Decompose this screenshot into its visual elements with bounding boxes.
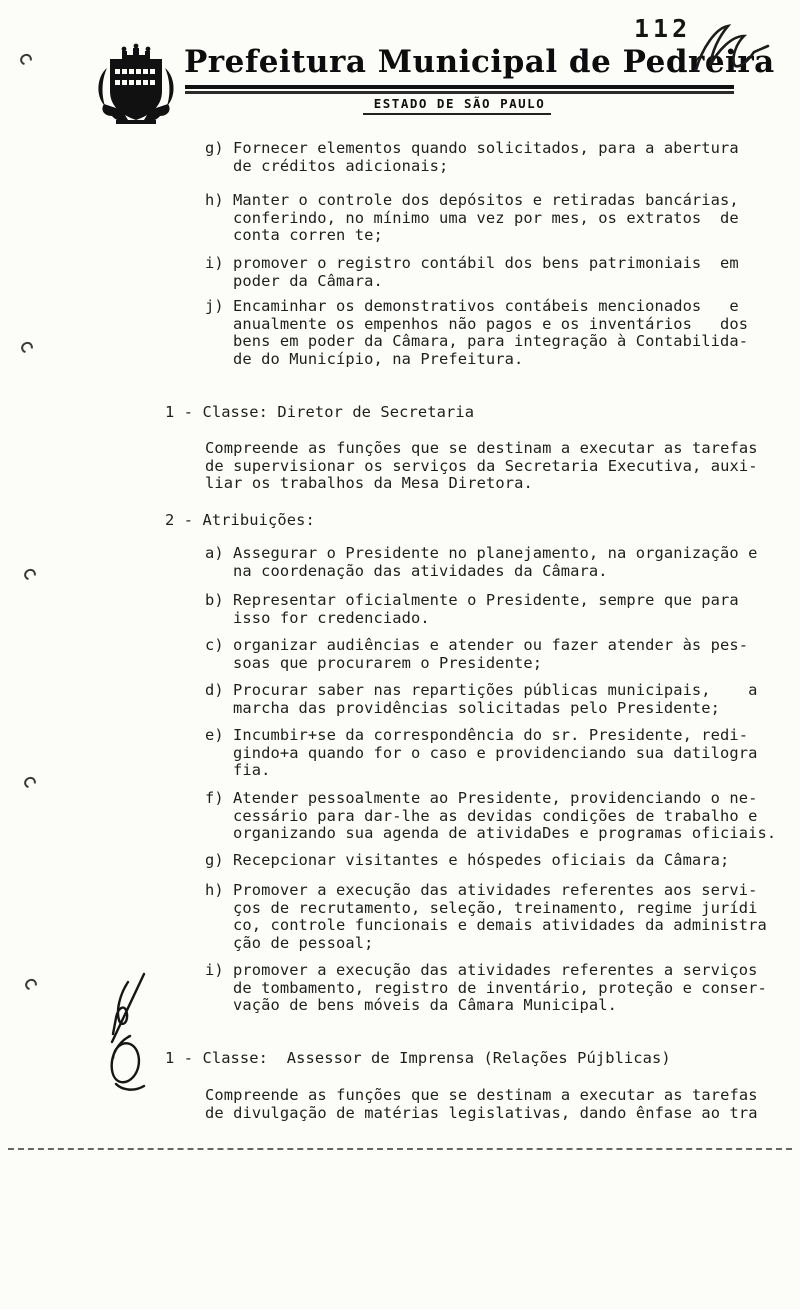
punch-hole-mark xyxy=(19,340,35,356)
handwritten-initials-mark xyxy=(688,18,778,78)
class-description: Compreende as funções que se destinam a … xyxy=(205,440,777,493)
header-rule xyxy=(185,85,734,89)
item-text: promover o registro contábil dos bens pa… xyxy=(233,255,778,290)
stamped-page-number: 112 xyxy=(634,14,691,43)
list-item: e) Incumbir+se da correspondência do sr.… xyxy=(205,727,778,780)
item-text: Promover a execução das atividades refer… xyxy=(233,882,778,952)
item-text: Assegurar o Presidente no planejamento, … xyxy=(233,545,778,580)
item-letter: h) xyxy=(205,192,233,245)
punch-hole-mark xyxy=(23,977,39,993)
header-rule-2 xyxy=(185,91,734,94)
item-letter: d) xyxy=(205,682,233,717)
scanned-page: Prefeitura Municipal de Pedreira ESTADO … xyxy=(0,0,800,1309)
list-item: a) Assegurar o Presidente no planejament… xyxy=(205,545,778,580)
header-subtitle: ESTADO DE SÃO PAULO xyxy=(185,96,734,111)
item-letter: b) xyxy=(205,592,233,627)
punch-hole-mark xyxy=(18,52,34,68)
list-item: h) Manter o controle dos depósitos e ret… xyxy=(205,192,778,245)
handwritten-scribble-mark xyxy=(92,972,167,1097)
list-item: f) Atender pessoalmente ao Presidente, p… xyxy=(205,790,778,843)
class-heading: 1 - Classe: Diretor de Secretaria xyxy=(165,404,474,422)
list-item: i) promover a execução das atividades re… xyxy=(205,962,778,1015)
list-item: d) Procurar saber nas repartições públic… xyxy=(205,682,778,717)
item-letter: f) xyxy=(205,790,233,843)
class-description: Compreende as funções que se destinam a … xyxy=(205,1087,777,1122)
subtitle-underline xyxy=(363,113,551,115)
punch-hole-mark xyxy=(22,567,38,583)
item-text: Atender pessoalmente ao Presidente, prov… xyxy=(233,790,778,843)
list-item: c) organizar audiências e atender ou faz… xyxy=(205,637,778,672)
item-letter: c) xyxy=(205,637,233,672)
page-title: Prefeitura Municipal de Pedreira xyxy=(184,44,744,80)
item-text: Procurar saber nas repartições públicas … xyxy=(233,682,778,717)
list-item: j) Encaminhar os demonstrativos contábei… xyxy=(205,298,778,368)
item-letter: j) xyxy=(205,298,233,368)
item-text: organizar audiências e atender ou fazer … xyxy=(233,637,778,672)
item-text: Recepcionar visitantes e hóspedes oficia… xyxy=(233,852,778,870)
item-letter: g) xyxy=(205,140,233,175)
item-text: promover a execução das atividades refer… xyxy=(233,962,778,1015)
list-item: g) Fornecer elementos quando solicitados… xyxy=(205,140,778,175)
item-text: Representar oficialmente o Presidente, s… xyxy=(233,592,778,627)
item-letter: h) xyxy=(205,882,233,952)
item-letter: g) xyxy=(205,852,233,870)
item-letter: i) xyxy=(205,962,233,1015)
item-text: Fornecer elementos quando solicitados, p… xyxy=(233,140,778,175)
class-heading: 1 - Classe: Assessor de Imprensa (Relaçõ… xyxy=(165,1050,671,1068)
item-text: Incumbir+se da correspondência do sr. Pr… xyxy=(233,727,778,780)
item-text: Encaminhar os demonstrativos contábeis m… xyxy=(233,298,778,368)
attributions-heading: 2 - Atribuições: xyxy=(165,512,315,530)
dashed-divider xyxy=(8,1148,792,1150)
list-item: h) Promover a execução das atividades re… xyxy=(205,882,778,952)
coat-of-arms-icon xyxy=(90,42,182,128)
item-letter: i) xyxy=(205,255,233,290)
list-item: i) promover o registro contábil dos bens… xyxy=(205,255,778,290)
item-letter: a) xyxy=(205,545,233,580)
punch-hole-mark xyxy=(22,775,38,791)
item-text: Manter o controle dos depósitos e retira… xyxy=(233,192,778,245)
item-letter: e) xyxy=(205,727,233,780)
list-item: b) Representar oficialmente o Presidente… xyxy=(205,592,778,627)
list-item: g) Recepcionar visitantes e hóspedes ofi… xyxy=(205,852,778,870)
